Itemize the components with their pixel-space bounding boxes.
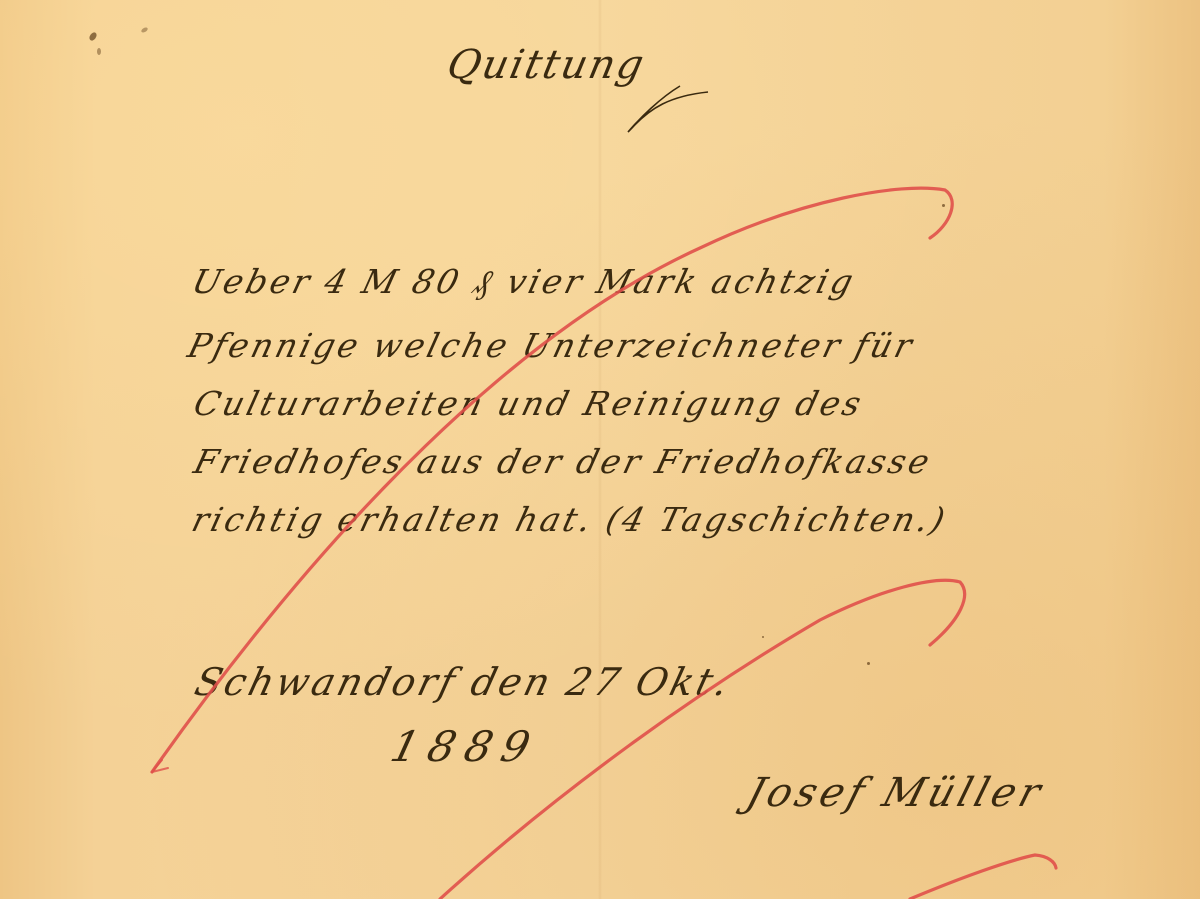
ink-speck — [942, 204, 945, 207]
place-and-date: Schwandorf den 27 Okt. — [191, 660, 736, 704]
body-line-5: richtig erhalten hat. (4 Tagschichten.) — [188, 500, 952, 539]
year: 1889 — [386, 722, 545, 771]
ink-speck — [762, 636, 764, 638]
ink-speck — [97, 48, 101, 55]
receipt-title: Quittung — [443, 42, 649, 88]
title-flourish — [620, 78, 710, 138]
ink-speck — [867, 662, 870, 665]
body-line-2: Pfennige welche Unterzeichneter für — [184, 326, 919, 365]
body-line-3: Culturarbeiten und Reinigung des — [190, 384, 868, 423]
signature: Josef Müller — [741, 770, 1049, 816]
body-line-4: Friedhofes aus der der Friedhofkasse — [190, 442, 936, 481]
body-line-1: Ueber 4 M 80 ₰ vier Mark achtzig — [188, 262, 860, 302]
